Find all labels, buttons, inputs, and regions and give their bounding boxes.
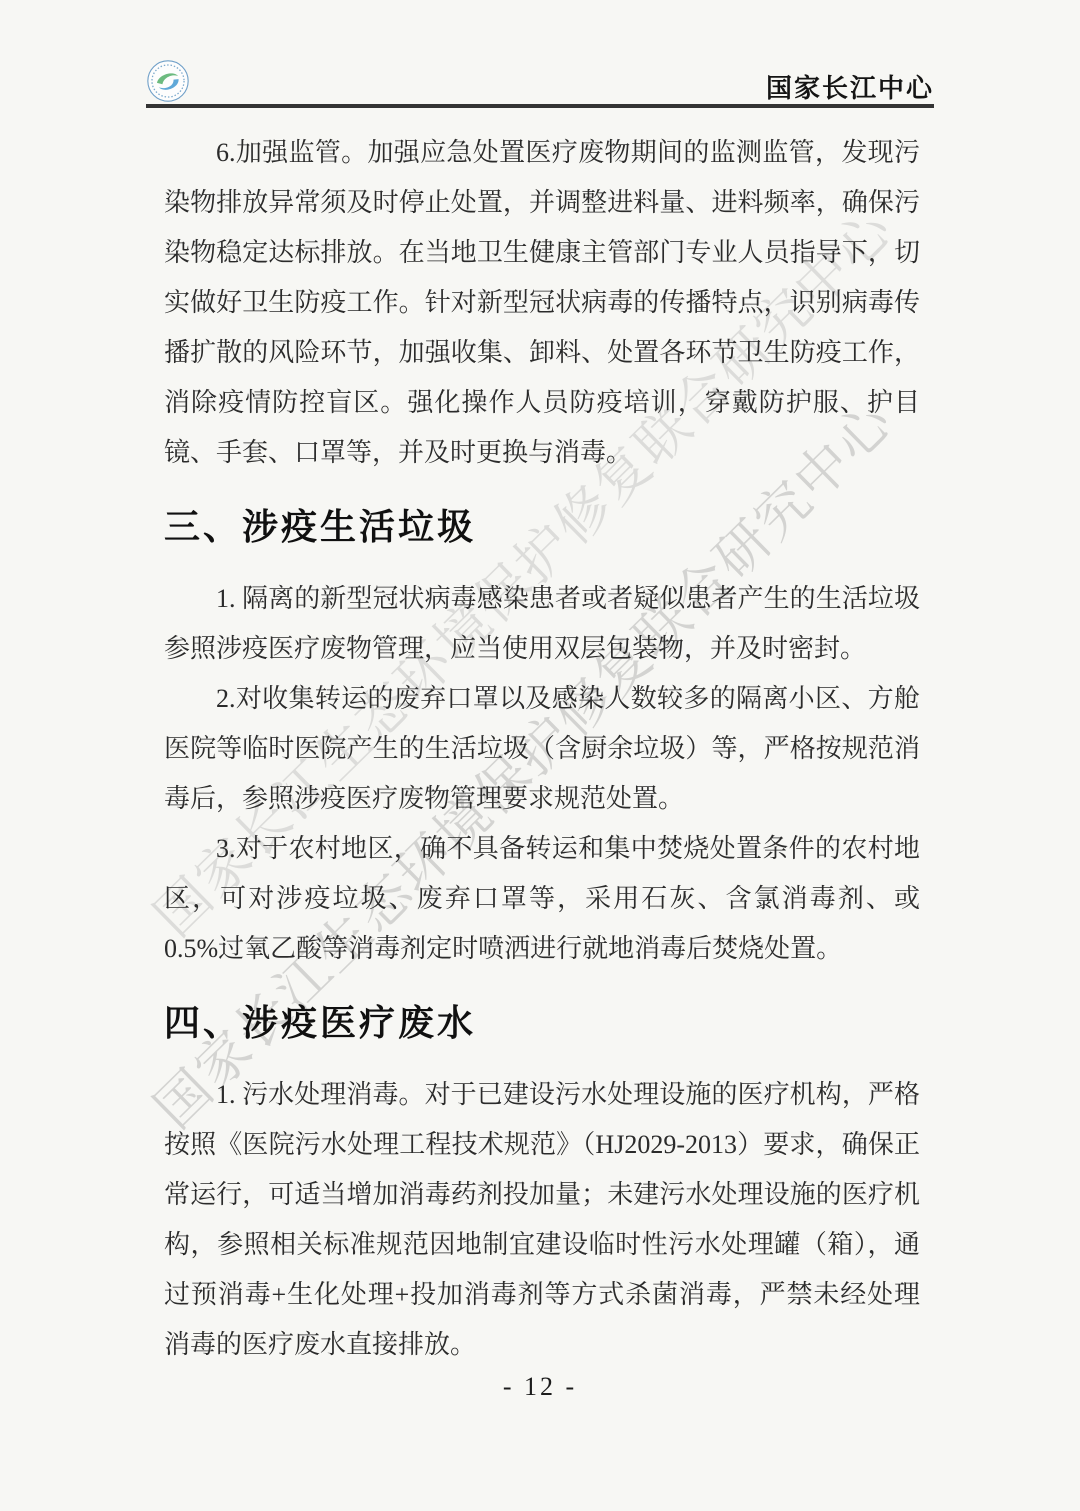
page-header: 国家长江中心: [146, 56, 934, 108]
header-org-title: 国家长江中心: [766, 75, 934, 101]
document-page: 国家长江生态环境保护修复联合研究中心 国家长江生态环境保护修复联合研究中心 国家…: [0, 0, 1080, 1511]
org-logo-emblem-icon: [146, 59, 190, 101]
section-3-paragraph-1: 1. 隔离的新型冠状病毒感染患者或者疑似患者产生的生活垃圾参照涉疫医疗废物管理，…: [164, 574, 920, 674]
section-3-paragraph-3: 3.对于农村地区，确不具备转运和集中焚烧处置条件的农村地区，可对涉疫垃圾、废弃口…: [164, 824, 920, 974]
page-number: - 12 -: [0, 1372, 1080, 1402]
document-body: 6.加强监管。加强应急处置医疗废物期间的监测监管，发现污染物排放异常须及时停止处…: [164, 128, 920, 1370]
paragraph-supervision: 6.加强监管。加强应急处置医疗废物期间的监测监管，发现污染物排放异常须及时停止处…: [164, 128, 920, 478]
section-4-paragraph-1: 1. 污水处理消毒。对于已建设污水处理设施的医疗机构，严格按照《医院污水处理工程…: [164, 1070, 920, 1370]
section-3-paragraph-2: 2.对收集转运的废弃口罩以及感染人数较多的隔离小区、方舱医院等临时医院产生的生活…: [164, 674, 920, 824]
section-3-heading: 三、涉疫生活垃圾: [164, 504, 920, 550]
section-4-heading: 四、涉疫医疗废水: [164, 1000, 920, 1046]
